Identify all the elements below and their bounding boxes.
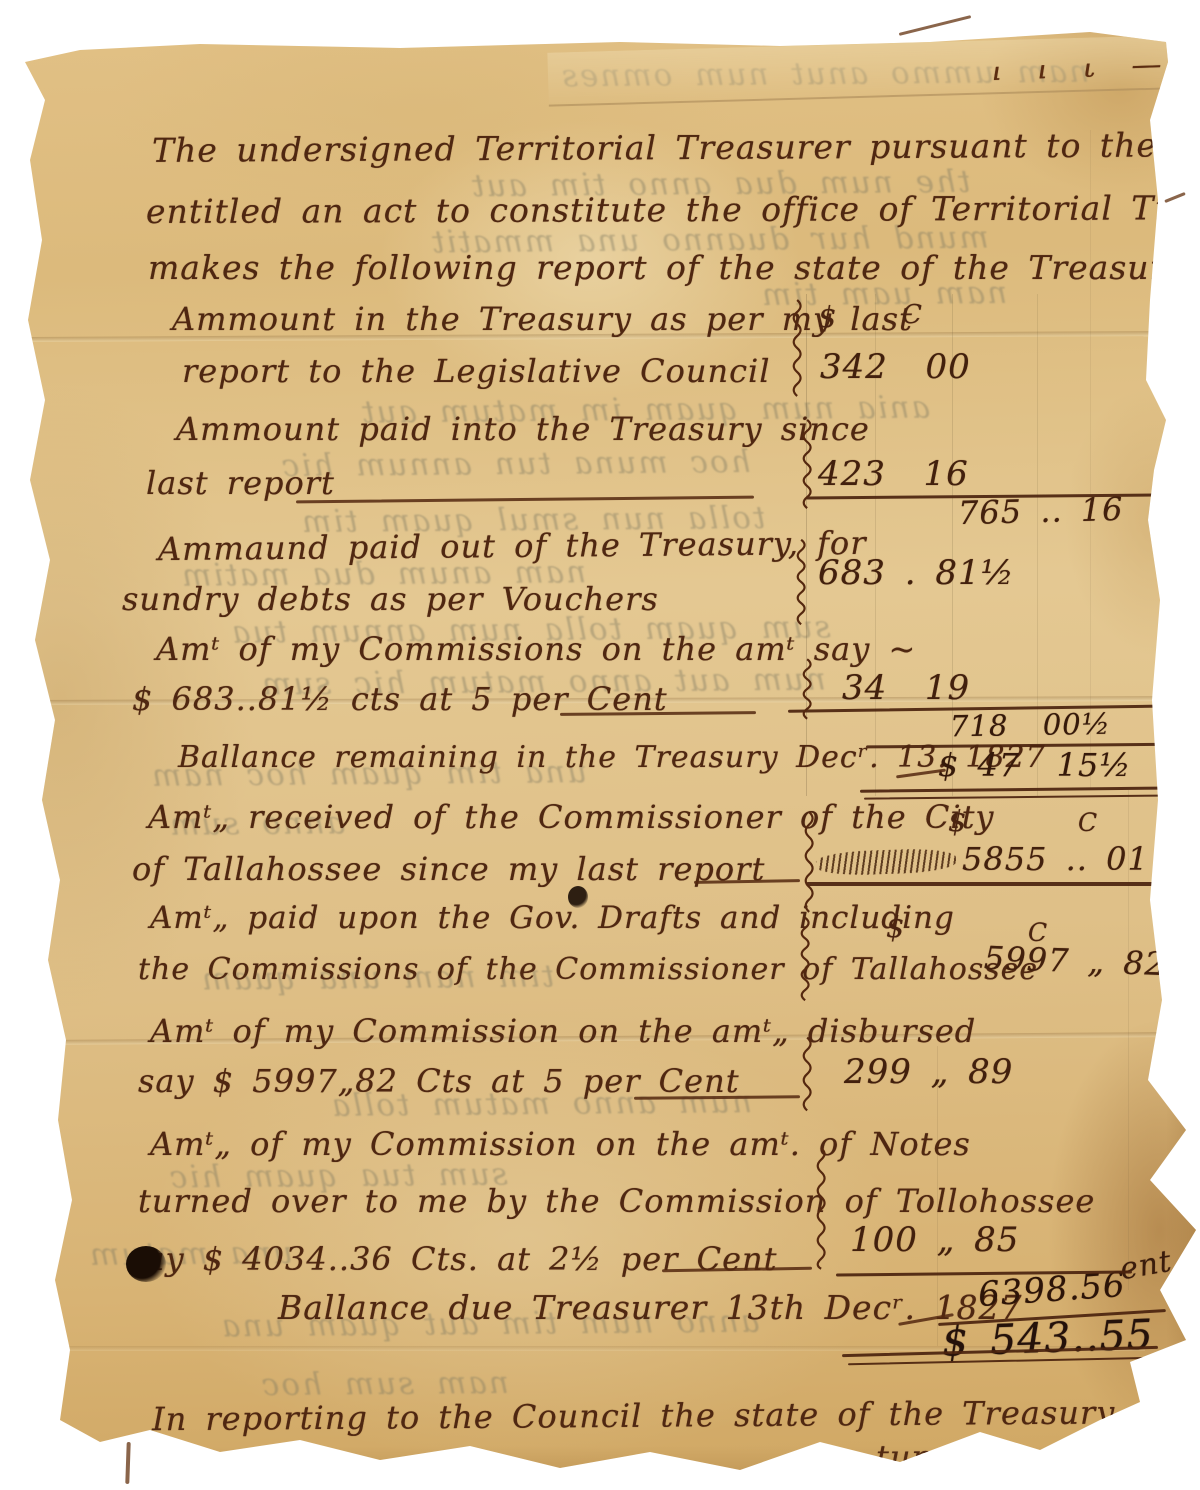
brace-squiggle-icon bbox=[812, 1146, 828, 1270]
handwritten-line: Ammount paid into the Treasury since bbox=[176, 410, 870, 448]
handwritten-line: makes the following report of the state … bbox=[148, 248, 1186, 287]
cents-column-header: C bbox=[1078, 808, 1098, 837]
handwritten-line: entitled an act to constitute the office… bbox=[146, 188, 1200, 231]
handwritten-line: In reporting to the Council the state of… bbox=[152, 1392, 1200, 1438]
ink-rule bbox=[806, 882, 1192, 886]
stray-pen-mark bbox=[1164, 192, 1186, 203]
handwritten-line: Ammaund paid out of the Treasury, for bbox=[158, 524, 867, 568]
brace-squiggle-icon bbox=[798, 1036, 814, 1112]
dollar-column-header: $ bbox=[948, 804, 967, 838]
stray-pen-mark bbox=[125, 1442, 130, 1484]
ink-blot bbox=[568, 886, 588, 908]
subtotal-718-00half: 718 00½ bbox=[950, 707, 1111, 744]
handwritten-line: say $ 4034..36 Cts. at 2½ per Cent bbox=[128, 1240, 778, 1278]
amount-commission-299-89: 299 „ 89 bbox=[844, 1052, 1013, 1092]
amount-commission-100-85: 100 „ 85 bbox=[850, 1220, 1019, 1260]
balance-remaining-47-15half: $ 47 15½ bbox=[938, 746, 1131, 784]
double-ink-rule bbox=[860, 786, 1188, 792]
column-rule-line bbox=[1090, 130, 1091, 790]
document-paper: nam ummo anut num omnes the num dua anno… bbox=[0, 0, 1200, 1490]
handwritten-line: report to the Legislative Council bbox=[182, 352, 770, 390]
cutoff-word-fragment: ent bbox=[1117, 1244, 1174, 1288]
amount-commission-34-19: 34 19 bbox=[842, 668, 970, 708]
turn-over-note: turn over bbox=[876, 1438, 1043, 1476]
amount-received-5855-01: 5855 .. 01 bbox=[962, 840, 1149, 878]
scratched-out-amount bbox=[816, 848, 957, 877]
brace-squiggle-icon bbox=[800, 810, 816, 914]
handwritten-line: Amᵗ of my Commission on the amᵗ„ disburs… bbox=[150, 1012, 976, 1050]
brace-squiggle-icon bbox=[796, 916, 812, 1002]
handwritten-line: Amᵗ„ paid upon the Gov. Drafts and inclu… bbox=[150, 900, 955, 936]
brace-squiggle-icon bbox=[798, 418, 814, 510]
handwritten-line: Amᵗ„ received of the Commissioner of the… bbox=[148, 798, 995, 836]
stray-pen-mark bbox=[899, 15, 972, 36]
handwritten-line: sundry debts as per Vouchers bbox=[122, 580, 659, 618]
handwritten-line: the Commissions of the Commissioner of T… bbox=[138, 952, 1038, 987]
amount-gov-drafts-5997-82: 5997 „ 82 bbox=[983, 939, 1166, 983]
cents-column-header: C bbox=[902, 300, 923, 330]
handwritten-line: say $ 5997„82 Cts at 5 per Cent bbox=[138, 1062, 740, 1100]
handwritten-line: of Tallahossee since my last report bbox=[132, 850, 765, 888]
brace-squiggle-icon bbox=[798, 658, 814, 720]
handwritten-line: The undersigned Territorial Treasurer pu… bbox=[152, 125, 1200, 170]
scanned-document-page: { "colors": { "paper": "#e0c189", "ink":… bbox=[0, 0, 1200, 1490]
double-ink-rule bbox=[864, 794, 1186, 799]
amount-treasury-last-report: 342 00 bbox=[820, 347, 971, 387]
handwritten-line: turned over to me by the Commission of T… bbox=[138, 1182, 1095, 1220]
dollar-column-header: $ bbox=[818, 300, 837, 334]
ink-blot bbox=[126, 1246, 166, 1282]
brace-squiggle-icon bbox=[788, 298, 804, 398]
handwritten-line: last report bbox=[146, 464, 335, 502]
dollar-column-header: $ bbox=[886, 910, 905, 944]
handwritten-line: Amᵗ„ of my Commission on the amᵗ. of Not… bbox=[150, 1125, 971, 1163]
amount-paid-in-since: 423 16 bbox=[818, 454, 969, 494]
amount-paid-out-sundry: 683 . 81½ bbox=[818, 553, 1015, 593]
ghost-text-line: hoc muna tun annum hic bbox=[280, 444, 751, 484]
brace-squiggle-icon bbox=[792, 538, 808, 626]
